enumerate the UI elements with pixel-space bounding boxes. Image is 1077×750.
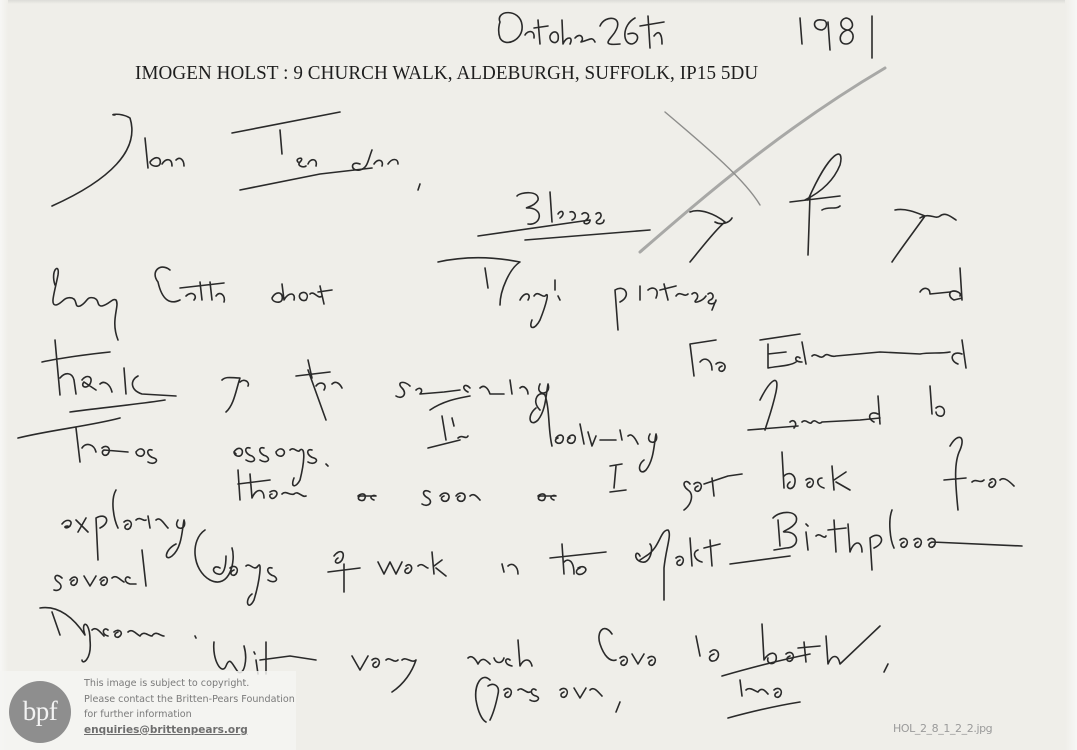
copyright-line-2: Please contact the Britten-Pears Foundat… [84, 692, 295, 708]
body-line-2: lovely letter about Mary's pictures, and [45, 265, 606, 298]
body-line-6: several days of work in the Holst Birthp… [45, 540, 670, 573]
bpf-logo: bpf [9, 681, 71, 743]
body-line-1: Bless you for your [500, 195, 757, 228]
copyright-line-3: for further information [84, 707, 295, 723]
copyright-notice: This image is subject to copyright. Plea… [84, 676, 295, 738]
copyright-line-1: This image is subject to copyright. [84, 676, 295, 692]
salutation-text: Dear Isador, [90, 130, 264, 163]
signature-text: Imo [740, 680, 794, 713]
date-text: October 26th 1981 [500, 10, 769, 43]
body-line-4: Thomas essays. I'm looking forward to [45, 420, 592, 453]
closing-text: With very much love to both, [210, 640, 620, 673]
letter-page: IMOGEN HOLST : 9 CHURCH WALK, ALDEBURGH,… [0, 0, 1077, 750]
body-line-5: exploring them as soon as I get back fro… [45, 470, 642, 503]
signoff-text: Yours ever, [470, 685, 626, 718]
body-line-3: thank you for sending the Edward [45, 340, 530, 373]
body-line-7: Museum. [45, 610, 176, 643]
contact-email-link[interactable]: enquiries@brittenpears.org [84, 723, 295, 739]
image-filename: HOL_2_8_1_2_2.jpg [893, 722, 992, 735]
